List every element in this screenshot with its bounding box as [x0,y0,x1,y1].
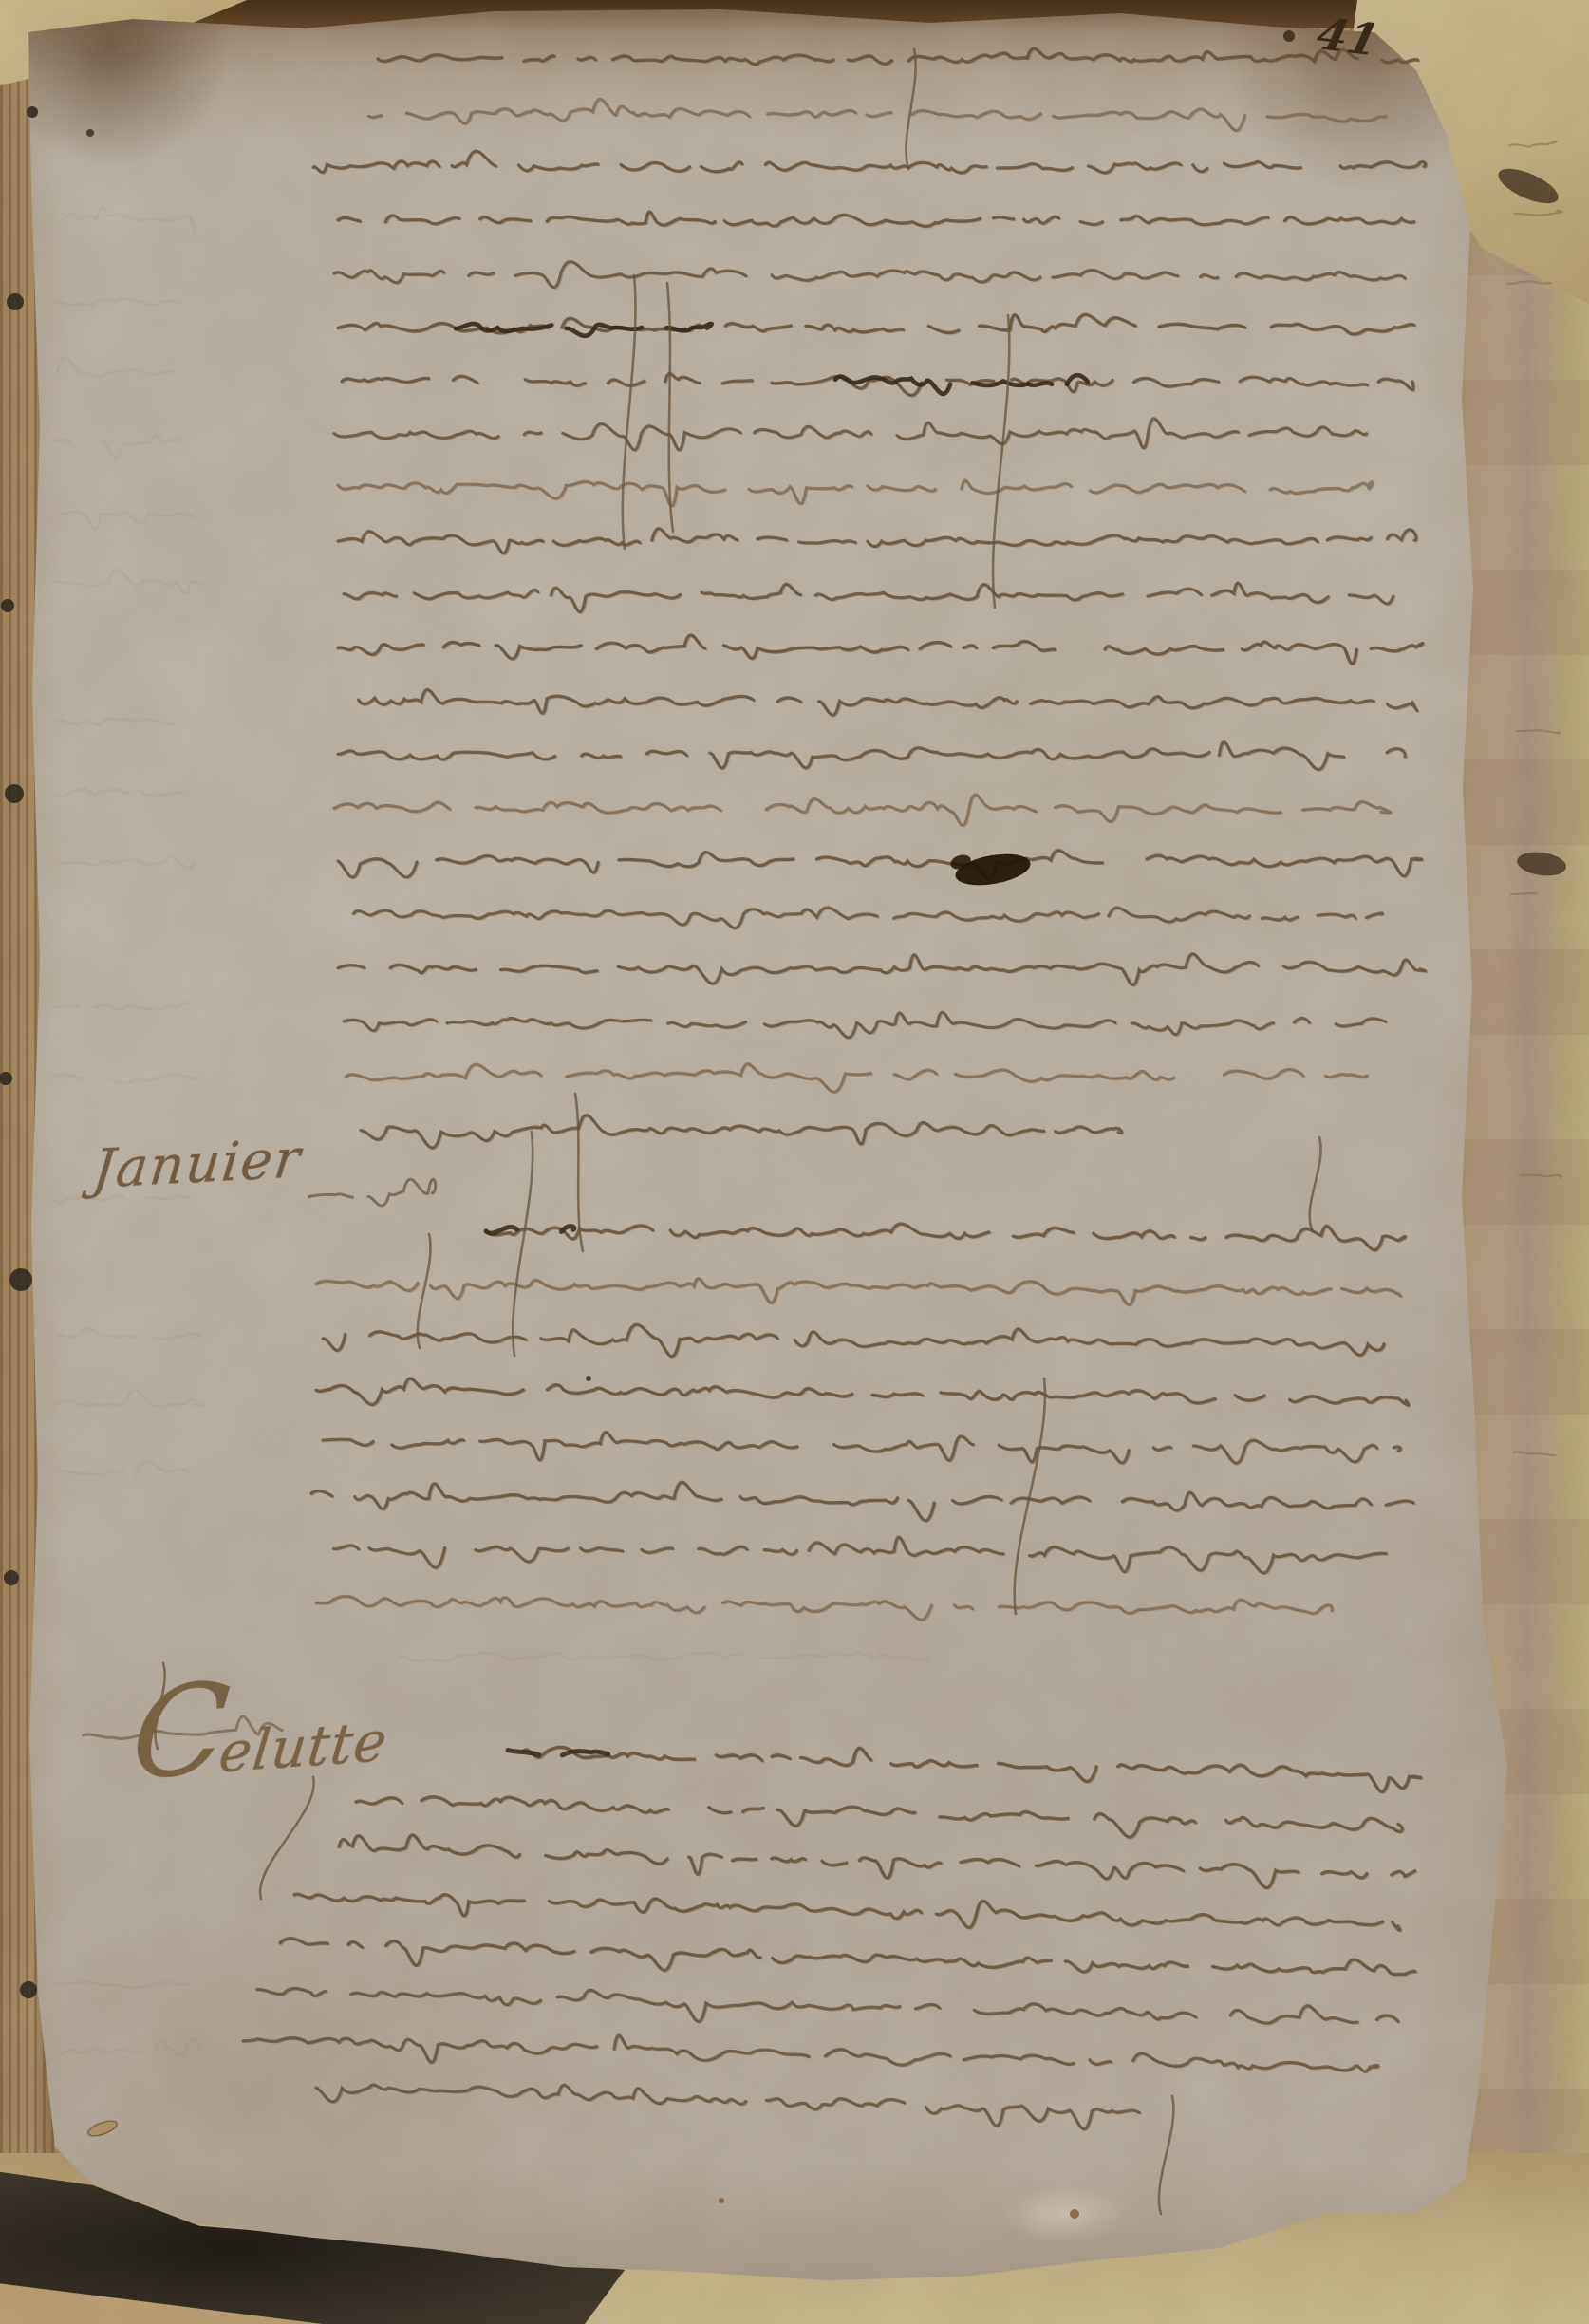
paper-grain-overlay [0,0,1589,2324]
manuscript-photo: Januier Celutte 41 [0,0,1589,2324]
